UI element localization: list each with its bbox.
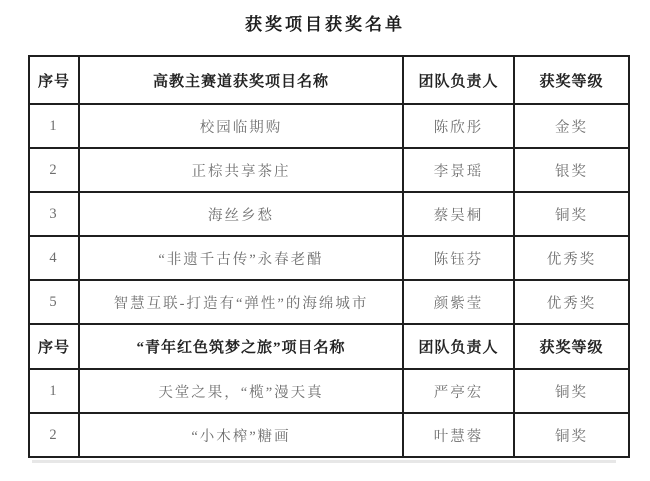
- awards-table: 序号 高教主赛道获奖项目名称 团队负责人 获奖等级 1 校园临期购 陈欣彤 金奖…: [28, 55, 630, 458]
- table-row: 1 天堂之果，“榄”漫天真 严亭宏 铜奖: [29, 369, 629, 413]
- header-project: “青年红色筑梦之旅”项目名称: [79, 324, 403, 369]
- leader-cell: 李景瑶: [403, 148, 514, 192]
- header-serial: 序号: [29, 56, 79, 104]
- leader-cell: 严亭宏: [403, 369, 514, 413]
- project-cell: 正棕共享茶庄: [79, 148, 403, 192]
- serial-cell: 2: [29, 148, 79, 192]
- document-title: 获奖项目获奖名单: [0, 10, 650, 35]
- scan-artifact-line: [32, 460, 616, 463]
- table-row: 1 校园临期购 陈欣彤 金奖: [29, 104, 629, 148]
- leader-cell: 陈钰芬: [403, 236, 514, 280]
- award-cell: 铜奖: [514, 369, 629, 413]
- table-row: 2 正棕共享茶庄 李景瑶 银奖: [29, 148, 629, 192]
- award-cell: 优秀奖: [514, 280, 629, 324]
- header-leader: 团队负责人: [403, 56, 514, 104]
- serial-cell: 1: [29, 104, 79, 148]
- header-serial: 序号: [29, 324, 79, 369]
- award-cell: 金奖: [514, 104, 629, 148]
- leader-cell: 陈欣彤: [403, 104, 514, 148]
- leader-cell: 蔡吴桐: [403, 192, 514, 236]
- serial-cell: 5: [29, 280, 79, 324]
- award-cell: 优秀奖: [514, 236, 629, 280]
- serial-cell: 4: [29, 236, 79, 280]
- section2-header-row: 序号 “青年红色筑梦之旅”项目名称 团队负责人 获奖等级: [29, 324, 629, 369]
- document-page: 获奖项目获奖名单 序号 高教主赛道获奖项目名称 团队负责人 获奖等级 1 校园临…: [0, 0, 650, 481]
- table-row: 2 “小木榨”糖画 叶慧蓉 铜奖: [29, 413, 629, 457]
- header-project: 高教主赛道获奖项目名称: [79, 56, 403, 104]
- project-cell: 校园临期购: [79, 104, 403, 148]
- table-row: 4 “非遗千古传”永春老醋 陈钰芬 优秀奖: [29, 236, 629, 280]
- award-cell: 银奖: [514, 148, 629, 192]
- project-cell: “小木榨”糖画: [79, 413, 403, 457]
- serial-cell: 1: [29, 369, 79, 413]
- section1-header-row: 序号 高教主赛道获奖项目名称 团队负责人 获奖等级: [29, 56, 629, 104]
- award-cell: 铜奖: [514, 413, 629, 457]
- serial-cell: 2: [29, 413, 79, 457]
- header-leader: 团队负责人: [403, 324, 514, 369]
- project-cell: 海丝乡愁: [79, 192, 403, 236]
- award-cell: 铜奖: [514, 192, 629, 236]
- table-row: 3 海丝乡愁 蔡吴桐 铜奖: [29, 192, 629, 236]
- project-cell: “非遗千古传”永春老醋: [79, 236, 403, 280]
- serial-cell: 3: [29, 192, 79, 236]
- leader-cell: 颜紫莹: [403, 280, 514, 324]
- project-cell: 智慧互联-打造有“弹性”的海绵城市: [79, 280, 403, 324]
- header-level: 获奖等级: [514, 56, 629, 104]
- project-cell: 天堂之果，“榄”漫天真: [79, 369, 403, 413]
- leader-cell: 叶慧蓉: [403, 413, 514, 457]
- header-level: 获奖等级: [514, 324, 629, 369]
- table-row: 5 智慧互联-打造有“弹性”的海绵城市 颜紫莹 优秀奖: [29, 280, 629, 324]
